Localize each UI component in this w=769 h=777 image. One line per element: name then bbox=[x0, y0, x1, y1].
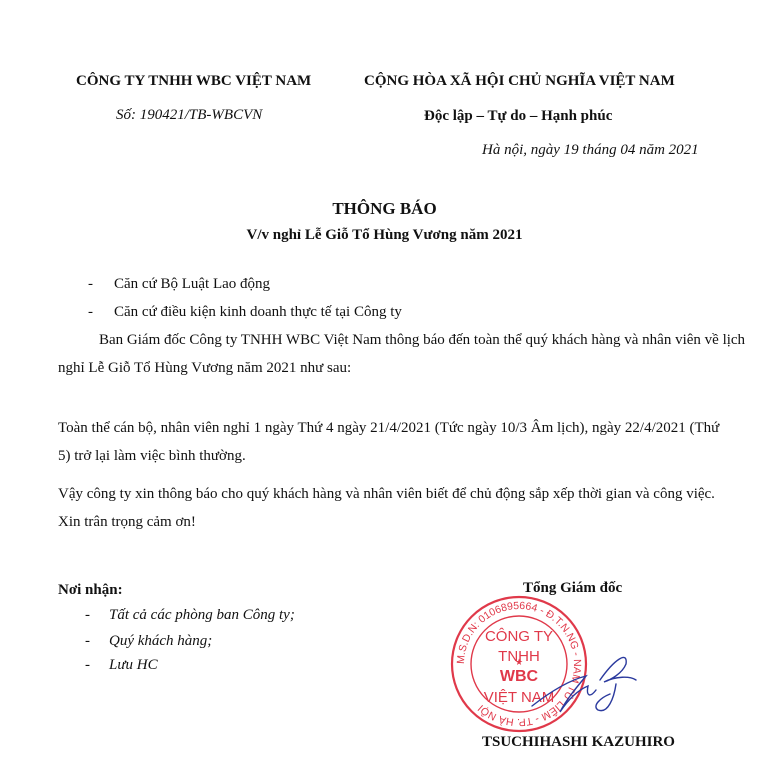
schedule-paragraph: Toàn thể cán bộ, nhân viên nghỉ 1 ngày T… bbox=[58, 414, 728, 470]
intro-paragraph: Ban Giám đốc Công ty TNHH WBC Việt Nam t… bbox=[58, 326, 769, 382]
list-bullet: - bbox=[88, 276, 93, 293]
recipient-item: Quý khách hàng; bbox=[109, 633, 212, 650]
list-bullet: - bbox=[85, 633, 90, 650]
closing-paragraph: Vậy công ty xin thông báo cho quý khách … bbox=[58, 480, 728, 536]
recipient-item: Tất cả các phòng ban Công ty; bbox=[109, 607, 295, 624]
list-bullet: - bbox=[85, 657, 90, 674]
list-bullet: - bbox=[85, 607, 90, 624]
nation-motto: Độc lập – Tự do – Hạnh phúc bbox=[424, 108, 612, 125]
signer-name: TSUCHIHASHI KAZUHIRO bbox=[482, 734, 675, 751]
basis-item: Căn cứ điều kiện kinh doanh thực tế tại … bbox=[114, 304, 402, 321]
company-name: CÔNG TY TNHH WBC VIỆT NAM bbox=[76, 73, 311, 90]
notice-title: THÔNG BÁO bbox=[0, 199, 769, 219]
recipient-item: Lưu HC bbox=[109, 657, 158, 674]
handwritten-signature-icon bbox=[530, 640, 640, 720]
document-number: Số: 190421/TB-WBCVN bbox=[116, 107, 262, 124]
recipients-label: Nơi nhận: bbox=[58, 582, 123, 599]
notice-subject: V/v nghỉ Lễ Giỗ Tổ Hùng Vương năm 2021 bbox=[0, 227, 769, 244]
basis-item: Căn cứ Bộ Luật Lao động bbox=[114, 276, 270, 293]
nation-title: CỘNG HÒA XÃ HỘI CHỦ NGHĨA VIỆT NAM bbox=[364, 73, 675, 90]
list-bullet: - bbox=[88, 304, 93, 321]
place-date: Hà nội, ngày 19 tháng 04 năm 2021 bbox=[482, 142, 699, 159]
